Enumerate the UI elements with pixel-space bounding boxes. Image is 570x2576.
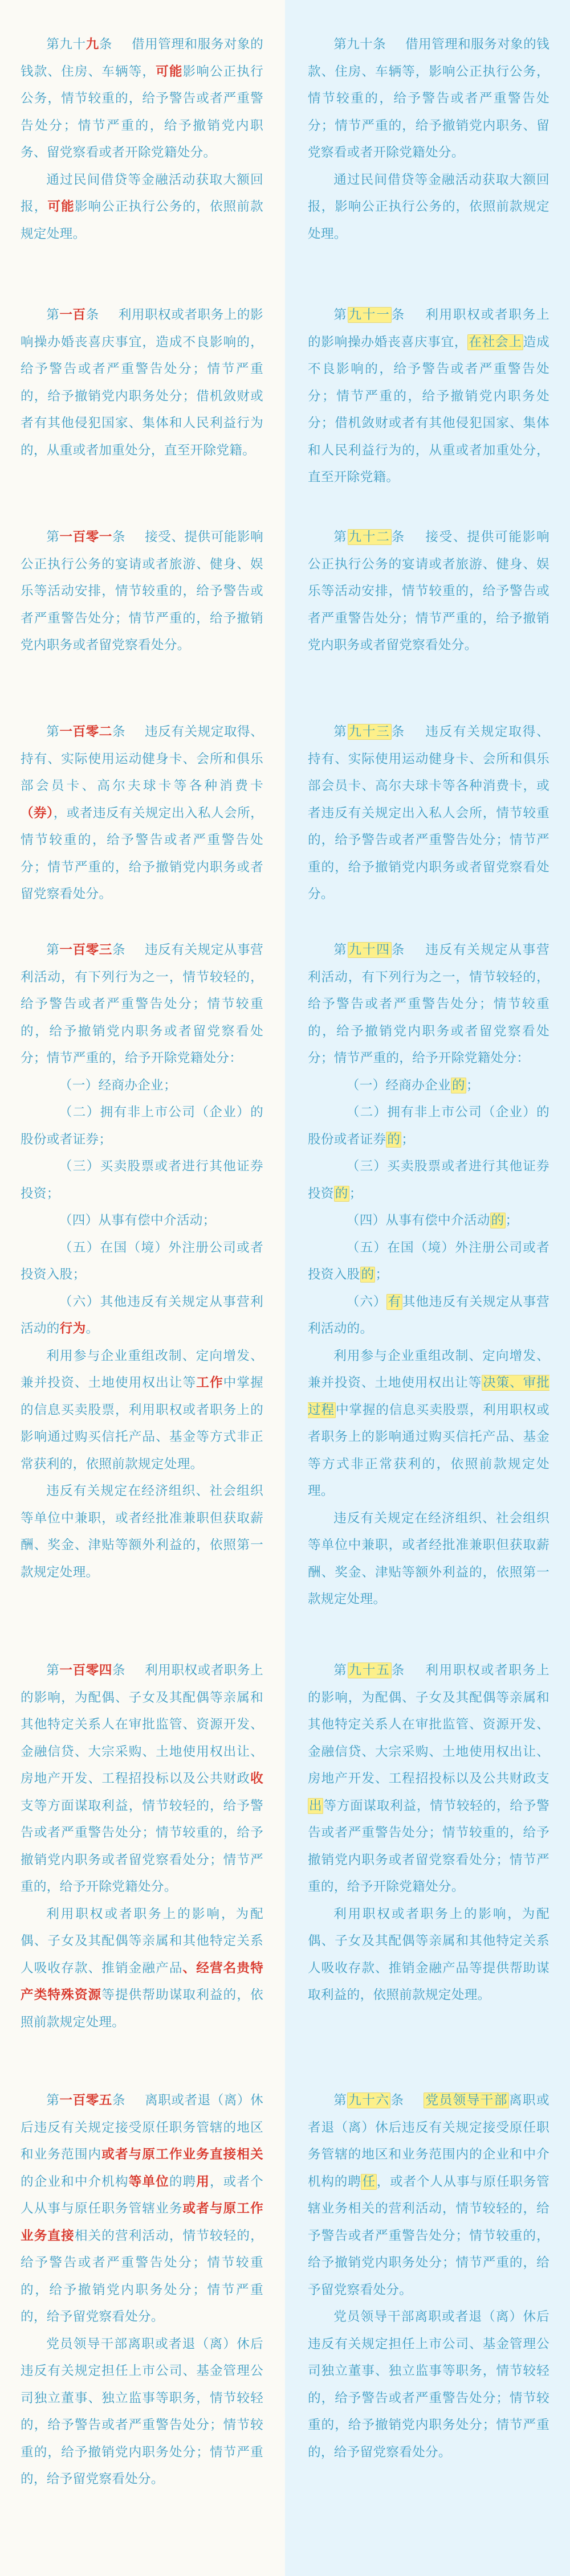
body-text: 利用职权或者职务上的影响，为配偶、子女及其配偶等亲属和其他特定关系人吸收存款、推… <box>308 1907 549 2003</box>
article-block: 第九十条借用管理和服务对象的钱款、住房、车辆等，影响公正执行公务，情节较重的，给… <box>308 31 549 248</box>
body-text: 违反有关规定在经济组织、社会组织等单位中兼职，或者经批准兼职但获取薪酬、奖金、津… <box>21 1484 263 1580</box>
article-block: 第九十九条借用管理和服务对象的钱款、住房、车辆等，可能影响公正执行公务，情节较重… <box>21 31 263 248</box>
body-text: 违反有关规定取得、持有、实际使用运动健身卡、会所和俱乐部会员卡、高尔夫球卡等各种… <box>308 724 549 902</box>
article-paragraph: （二）拥有非上市公司（企业）的股份或者证券； <box>21 1099 263 1153</box>
article-paragraph: （四）从事有偿中介活动； <box>21 1207 263 1235</box>
old-version-column: 第九十条借用管理和服务对象的钱款、住房、车辆等，影响公正执行公务，情节较重的，给… <box>285 0 570 2576</box>
article-paragraph: 利用职权或者职务上的影响，为配偶、子女及其配偶等亲属和其他特定关系人吸收存款、推… <box>308 1901 549 2009</box>
body-text: （二）拥有非上市公司（企业）的股份或者证券 <box>308 1105 549 1147</box>
body-text: 支等方面谋取利益，情节较轻的，给予警告或者严重警告处分；情节较重的，给予撤销党内… <box>21 1799 263 1895</box>
body-text: 。 <box>85 1321 99 1336</box>
article-paragraph: 违反有关规定在经济组织、社会组织等单位中兼职，或者经批准兼职但获取薪酬、奖金、津… <box>308 1505 549 1613</box>
body-text: 条 <box>392 530 405 544</box>
changed-text: 一百零二 <box>59 724 112 739</box>
highlighted-text: 有 <box>386 1294 402 1310</box>
article-paragraph: 通过民间借贷等金融活动获取大额回报，可能影响公正执行公务的，依照前款规定处理。 <box>21 167 263 248</box>
body-text: （一）经商办企业 <box>347 1078 451 1093</box>
article-paragraph: 党员领导干部离职或者退（离）休后违反有关规定担任上市公司、基金管理公司独立董事、… <box>308 2304 549 2466</box>
changed-text: （券） <box>21 806 54 821</box>
body-text: 等方面谋取利益，情节较轻的，给予警告或者严重警告处分；情节较重的，给予撤销党内职… <box>308 1799 549 1895</box>
changed-text: 一百零五 <box>59 2093 112 2108</box>
body-text: ，或者个人从事与原任职务管辖业务相关的营利活动，情节较轻的，给予警告或者严重警告… <box>308 2174 549 2297</box>
body-text: 党员领导干部离职或者退（离）休后违反有关规定担任上市公司、基金管理公司独立董事、… <box>308 2309 549 2460</box>
article-block: 第一百零二条违反有关规定取得、持有、实际使用运动健身卡、会所和俱乐部会员卡、高尔… <box>21 719 263 908</box>
article-block: 第九十六条党员领导干部离职或者退（离）休后违反有关规定接受原任职务管辖的地区和业… <box>308 2087 549 2466</box>
article-paragraph: （三）买卖股票或者进行其他证券投资； <box>21 1153 263 1207</box>
highlighted-text: 的 <box>490 1213 506 1228</box>
body-text: 造成不良影响的，给予警告或者严重警告处分；情节严重的，给予撤销党内职务处分；借机… <box>308 335 549 485</box>
article-paragraph: 第一百条利用职权或者职务上的影响操办婚丧喜庆事宜，造成不良影响的，给予警告或者严… <box>21 302 263 464</box>
article-block: 第九十五条利用职权或者职务上的影响，为配偶、子女及其配偶等亲属和其他特定关系人在… <box>308 1657 549 2009</box>
changed-text: 收 <box>250 1771 263 1786</box>
highlighted-text: 九十六 <box>347 2092 390 2108</box>
body-text: 条 <box>392 724 405 739</box>
body-text: 违反有关规定在经济组织、社会组织等单位中兼职，或者经批准兼职但获取薪酬、奖金、津… <box>308 1511 549 1607</box>
article-block: 第一百零三条违反有关规定从事营利活动，有下列行为之一，情节较轻的，给予警告或者严… <box>21 937 263 1586</box>
body-text: ； <box>349 1186 363 1201</box>
highlighted-text: 出 <box>308 1798 323 1814</box>
article-paragraph: 第九十五条利用职权或者职务上的影响，为配偶、子女及其配偶等亲属和其他特定关系人在… <box>308 1657 549 1901</box>
body-text: 第 <box>46 2093 59 2108</box>
body-text: 通过民间借贷等金融活动获取大额回报，影响公正执行公务的，依照前款规定处理。 <box>308 173 549 241</box>
highlighted-text: 九十四 <box>348 942 392 958</box>
body-text: 中掌握的信息买卖股票，利用职权或者职务上的影响通过购买信托产品、基金等方式非正常… <box>308 1403 549 1499</box>
body-text: 条 <box>112 943 125 957</box>
body-text: （六） <box>347 1295 387 1309</box>
article-paragraph: 党员领导干部离职或者退（离）休后违反有关规定担任上市公司、基金管理公司独立董事、… <box>21 2331 263 2493</box>
body-text: （四）从事有偿中介活动 <box>347 1213 490 1228</box>
body-text: ； <box>506 1213 519 1228</box>
body-text: 条 <box>112 1663 125 1678</box>
article-paragraph: 第一百零三条违反有关规定从事营利活动，有下列行为之一，情节较轻的，给予警告或者严… <box>21 937 263 1072</box>
article-block: 第九十三条违反有关规定取得、持有、实际使用运动健身卡、会所和俱乐部会员卡、高尔夫… <box>308 719 549 908</box>
article-paragraph: 通过民间借贷等金融活动获取大额回报，影响公正执行公务的，依照前款规定处理。 <box>308 167 549 248</box>
body-text: 条 <box>86 308 99 322</box>
article-paragraph: 利用职权或者职务上的影响，为配偶、子女及其配偶等亲属和其他特定关系人吸收存款、推… <box>21 1901 263 2037</box>
article-paragraph: 第一百零五条离职或者退（离）休后违反有关规定接受原任职务管辖的地区和业务范围内或… <box>21 2087 263 2331</box>
changed-text: 一百零一 <box>59 530 112 544</box>
article-paragraph: 第一百零一条接受、提供可能影响公正执行公务的宴请或者旅游、健身、娱乐等活动安排，… <box>21 524 263 660</box>
body-text: 第九十 <box>46 37 85 52</box>
article-block: 第一百条利用职权或者职务上的影响操办婚丧喜庆事宜，造成不良影响的，给予警告或者严… <box>21 302 263 464</box>
article-block: 第一百零四条利用职权或者职务上的影响，为配偶、子女及其配偶等亲属和其他特定关系人… <box>21 1657 263 2036</box>
article-paragraph: （四）从事有偿中介活动的； <box>308 1207 549 1235</box>
highlighted-text: 任 <box>361 2174 376 2190</box>
body-text: 条 <box>99 37 112 52</box>
article-paragraph: （五）在国（境）外注册公司或者投资入股； <box>21 1235 263 1289</box>
body-text: 第 <box>333 2093 347 2108</box>
body-text: 的聘 <box>169 2174 196 2189</box>
body-text: （三）买卖股票或者进行其他证券投资； <box>21 1159 263 1201</box>
body-text: （六）其他违反有关规定从事营利活动的 <box>21 1295 263 1337</box>
body-text: 条 <box>112 530 125 544</box>
changed-text: 可能 <box>47 199 74 214</box>
body-text: （四）从事有偿中介活动； <box>59 1213 216 1228</box>
article-paragraph: 利用参与企业重组改制、定向增发、兼并投资、土地使用权出让等决策、审批过程中掌握的… <box>308 1343 549 1505</box>
body-text: 条 <box>392 943 405 957</box>
comparison-document: 第九十九条借用管理和服务对象的钱款、住房、车辆等，可能影响公正执行公务，情节较重… <box>0 0 570 2576</box>
article-paragraph: 违反有关规定在经济组织、社会组织等单位中兼职，或者经批准兼职但获取薪酬、奖金、津… <box>21 1478 263 1586</box>
changed-text: 一百 <box>59 308 85 322</box>
body-text: 利用职权或者职务上的影响，为配偶、子女及其配偶等亲属和其他特定关系人在审批监管、… <box>21 1663 263 1786</box>
changed-text: 等单位 <box>129 2174 169 2189</box>
body-text: 接受、提供可能影响公正执行公务的宴请或者旅游、健身、娱乐等活动安排，情节较重的，… <box>308 530 549 653</box>
highlighted-text: 在社会上 <box>467 334 523 350</box>
article-block: 第一百零一条接受、提供可能影响公正执行公务的宴请或者旅游、健身、娱乐等活动安排，… <box>21 524 263 660</box>
body-text: 党员领导干部离职或者退（离）休后违反有关规定担任上市公司、基金管理公司独立董事、… <box>21 2337 263 2487</box>
article-paragraph: 第一百零二条违反有关规定取得、持有、实际使用运动健身卡、会所和俱乐部会员卡、高尔… <box>21 719 263 908</box>
article-paragraph: 第九十三条违反有关规定取得、持有、实际使用运动健身卡、会所和俱乐部会员卡、高尔夫… <box>308 719 549 908</box>
body-text: 条 <box>392 1663 405 1678</box>
body-text: 借用管理和服务对象的钱款、住房、车辆等，影响公正执行公务，情节较重的，给予警告或… <box>308 37 549 160</box>
body-text: 其他违反有关规定从事营利活动的。 <box>308 1295 549 1337</box>
article-paragraph: （六）有其他违反有关规定从事营利活动的。 <box>308 1289 549 1343</box>
highlighted-text: 九十一 <box>348 307 392 323</box>
article-paragraph: （一）经商办企业的； <box>308 1072 549 1100</box>
body-text: 利用职权或者职务上的影响，为配偶、子女及其配偶等亲属和其他特定关系人在审批监管、… <box>308 1663 549 1786</box>
highlighted-text: 的 <box>334 1186 349 1202</box>
article-paragraph: （一）经商办企业； <box>21 1072 263 1100</box>
article-paragraph: 第一百零四条利用职权或者职务上的影响，为配偶、子女及其配偶等亲属和其他特定关系人… <box>21 1657 263 1901</box>
body-text: 利用职权或者职务上的影响操办婚丧喜庆事宜，造成不良影响的，给予警告或者严重警告处… <box>21 308 263 458</box>
highlighted-text: 的 <box>451 1078 466 1094</box>
body-text: 第 <box>46 308 59 322</box>
body-text: 条 <box>112 724 125 739</box>
article-block: 第九十四条违反有关规定从事营利活动，有下列行为之一，情节较轻的，给予警告或者严重… <box>308 937 549 1613</box>
body-text: 违反有关规定从事营利活动，有下列行为之一，情节较轻的，给予警告或者严重警告处分；… <box>21 943 263 1066</box>
highlighted-text: 的 <box>360 1267 376 1283</box>
article-paragraph: （二）拥有非上市公司（企业）的股份或者证券的； <box>308 1099 549 1153</box>
body-text: 第 <box>46 943 59 957</box>
body-text: 条 <box>392 308 405 322</box>
body-text: 第 <box>333 1663 347 1678</box>
highlighted-text: 九十三 <box>348 724 392 740</box>
article-paragraph: 第九十一条利用职权或者职务上的影响操办婚丧喜庆事宜，在社会上造成不良影响的，给予… <box>308 302 549 492</box>
body-text: ，或者违反有关规定出入私人会所，情节较重的，给予警告或者严重警告处分；情节严重的… <box>21 806 263 902</box>
body-text: （五）在国（境）外注册公司或者投资入股； <box>21 1240 263 1283</box>
body-text: 第 <box>333 724 347 739</box>
article-paragraph: 利用参与企业重组改制、定向增发、兼并投资、土地使用权出让等工作中掌握的信息买卖股… <box>21 1343 263 1479</box>
body-text: （一）经商办企业； <box>59 1078 177 1093</box>
article-paragraph: 第九十四条违反有关规定从事营利活动，有下列行为之一，情节较轻的，给予警告或者严重… <box>308 937 549 1072</box>
body-text: 条 <box>390 2093 404 2108</box>
body-text: 第 <box>333 943 347 957</box>
body-text: （五）在国（境）外注册公司或者投资入股 <box>308 1240 549 1283</box>
highlighted-text: 的 <box>386 1132 401 1148</box>
body-text: 第 <box>46 1663 59 1678</box>
body-text: 第 <box>46 724 59 739</box>
article-paragraph: 第九十二条接受、提供可能影响公正执行公务的宴请或者旅游、健身、娱乐等活动安排，情… <box>308 524 549 660</box>
highlighted-text: 九十五 <box>348 1662 392 1678</box>
article-paragraph: 第九十九条借用管理和服务对象的钱款、住房、车辆等，可能影响公正执行公务，情节较重… <box>21 31 263 167</box>
body-text: 第 <box>333 530 347 544</box>
article-paragraph: （五）在国（境）外注册公司或者投资入股的； <box>308 1235 549 1289</box>
body-text: ； <box>401 1132 414 1147</box>
body-text: 第九十条 <box>333 37 386 52</box>
article-paragraph: 第九十六条党员领导干部离职或者退（离）休后违反有关规定接受原任职务管辖的地区和业… <box>308 2087 549 2304</box>
body-text: 第 <box>333 308 347 322</box>
article-paragraph: （六）其他违反有关规定从事营利活动的行为。 <box>21 1289 263 1343</box>
article-block: 第九十二条接受、提供可能影响公正执行公务的宴请或者旅游、健身、娱乐等活动安排，情… <box>308 524 549 660</box>
article-paragraph: 第九十条借用管理和服务对象的钱款、住房、车辆等，影响公正执行公务，情节较重的，给… <box>308 31 549 167</box>
changed-text: 行为 <box>60 1321 86 1336</box>
body-text: 的企业和中介机构 <box>21 2174 129 2189</box>
body-text: 条 <box>112 2093 125 2108</box>
changed-text: 一百零四 <box>59 1663 112 1678</box>
body-text: ； <box>375 1267 388 1282</box>
body-text: 违反有关规定从事营利活动，有下列行为之一，情节较轻的，给予警告或者严重警告处分；… <box>308 943 549 1066</box>
highlighted-text: 九十二 <box>348 529 392 545</box>
body-text: ； <box>466 1078 479 1093</box>
body-text: （二）拥有非上市公司（企业）的股份或者证券； <box>21 1105 263 1147</box>
changed-text: 一百零三 <box>59 943 112 957</box>
changed-text: 九 <box>86 37 99 52</box>
new-version-column: 第九十九条借用管理和服务对象的钱款、住房、车辆等，可能影响公正执行公务，情节较重… <box>0 0 285 2576</box>
article-block: 第九十一条利用职权或者职务上的影响操办婚丧喜庆事宜，在社会上造成不良影响的，给予… <box>308 302 549 492</box>
body-text: 第 <box>46 530 59 544</box>
article-block: 第一百零五条离职或者退（离）休后违反有关规定接受原任职务管辖的地区和业务范围内或… <box>21 2087 263 2493</box>
changed-text: 或者与原工作业务直接相关 <box>101 2147 263 2162</box>
article-paragraph: （三）买卖股票或者进行其他证券投资的； <box>308 1153 549 1207</box>
changed-text: 可能 <box>156 64 182 79</box>
changed-text: 用 <box>196 2174 210 2189</box>
changed-text: 工作 <box>196 1375 223 1390</box>
body-text: 接受、提供可能影响公正执行公务的宴请或者旅游、健身、娱乐等活动安排，情节较重的，… <box>21 530 263 653</box>
highlighted-text: 党员领导干部 <box>424 2092 509 2108</box>
